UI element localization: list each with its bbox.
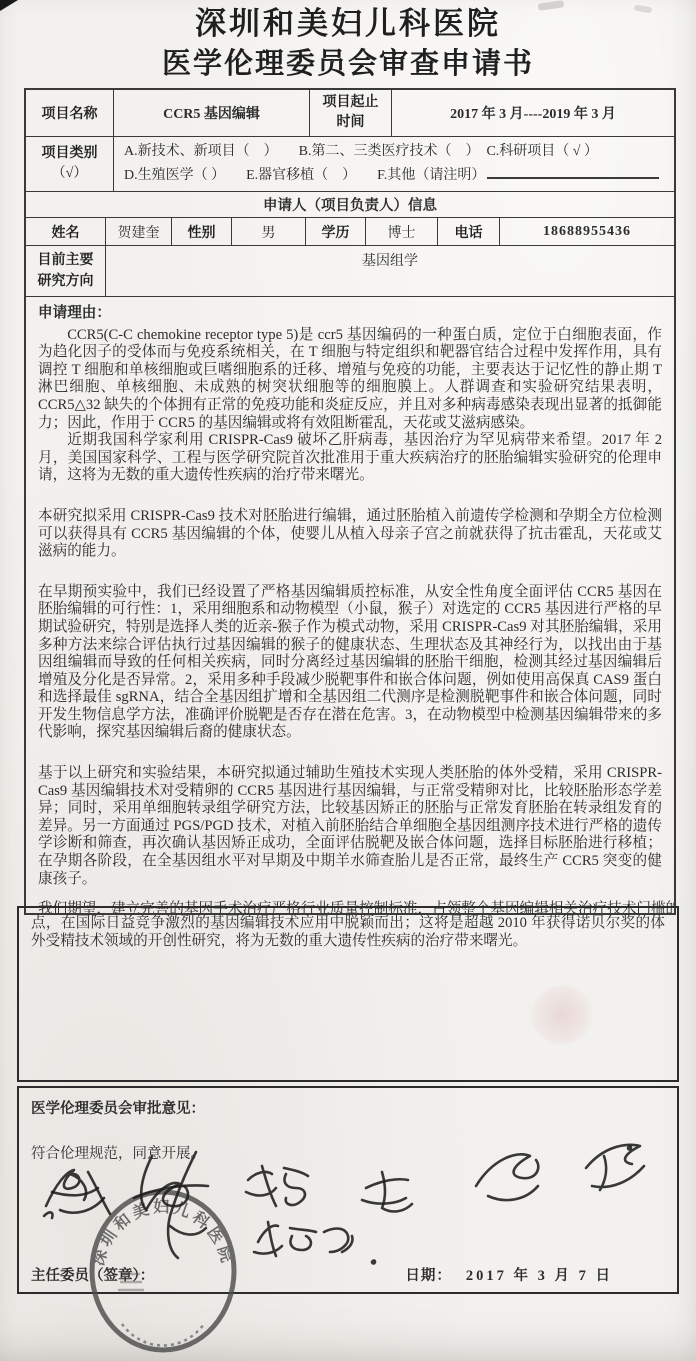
research-direction-label: 目前主要 研究方向 xyxy=(26,246,106,296)
application-table: 项目名称 CCR5 基因编辑 项目起止 时间 2017 年 3 月----201… xyxy=(24,88,676,915)
project-period-label: 项目起止 时间 xyxy=(310,90,392,136)
reason-paragraph-4: 在早期预实验中，我们已经设置了严格基因编辑质控标准，从安全性角度全面评估 CCR… xyxy=(38,584,662,742)
svg-text:深圳和美妇儿科医院: 深圳和美妇儿科医院 xyxy=(89,1197,238,1268)
phone-value: 18688955436 xyxy=(500,218,674,245)
category-options-line1: A.新技术、新项目（ ） B.第二、三类医疗技术（ ） C.科研项目（ √ ） xyxy=(124,140,598,164)
continuation-text: 点，在国际日益竞争激烈的基因编辑技术应用中脱颖而出；这将是超越 2010 年获得… xyxy=(31,914,665,950)
research-direction-row: 目前主要 研究方向 基因组学 xyxy=(26,245,674,296)
category-checkmark: （√） xyxy=(52,164,88,184)
stamp-ring-text: 深圳和美妇儿科医院 xyxy=(89,1197,238,1268)
research-direction-value: 基因组学 xyxy=(106,246,674,296)
project-name-value: CCR5 基因编辑 xyxy=(114,90,310,136)
applicant-info-row: 姓名 贺建奎 性别 男 学历 博士 电话 18688955436 xyxy=(26,217,674,245)
reason-paragraph-1: CCR5(C-C chemokine receptor type 5)是 ccr… xyxy=(38,327,662,433)
scanned-application-form: 深圳和美妇儿科医院 医学伦理委员会审查申请书 项目名称 CCR5 基因编辑 项目… xyxy=(0,0,696,1361)
date-value: 2017 年 3 月 7 日 xyxy=(466,1268,613,1284)
applicant-section-row: 申请人（项目负责人）信息 xyxy=(26,191,674,217)
reason-label: 申请理由： xyxy=(38,305,662,323)
reason-row: 申请理由： CCR5(C-C chemokine receptor type 5… xyxy=(26,296,674,913)
hospital-seal-stamp: 深圳和美妇儿科医院 xyxy=(84,1186,242,1356)
category-row: 项目类别 （√） A.新技术、新项目（ ） B.第二、三类医疗技术（ ） C.科… xyxy=(26,136,674,191)
project-row: 项目名称 CCR5 基因编辑 项目起止 时间 2017 年 3 月----201… xyxy=(26,90,674,136)
degree-value: 博士 xyxy=(366,218,438,245)
reason-paragraph-2: 近期我国科学家利用 CRISPR-Cas9 破坏乙肝病毒，基因治疗为罕见病带来希… xyxy=(38,432,662,485)
approval-date: 日期：2017 年 3 月 7 日 xyxy=(405,1264,613,1285)
category-options-line2: D.生殖医学（ ） E.器官移植（ ） F.其他（请注明） xyxy=(124,164,659,188)
category-options: A.新技术、新项目（ ） B.第二、三类医疗技术（ ） C.科研项目（ √ ） … xyxy=(114,137,674,191)
document-header: 深圳和美妇儿科医院 医学伦理委员会审查申请书 xyxy=(0,4,696,84)
name-value: 贺建奎 xyxy=(106,218,172,245)
approval-section-label: 医学伦理委员会审批意见： xyxy=(31,1097,665,1118)
hospital-name: 深圳和美妇儿科医院 xyxy=(0,4,696,44)
reason-paragraph-3: 本研究拟采用 CRISPR-Cas9 技术对胚胎进行编辑，通过胚胎植入前遗传学检… xyxy=(38,508,662,561)
category-label: 项目类别 （√） xyxy=(26,137,114,191)
date-label: 日期： xyxy=(405,1268,452,1284)
approval-opinion: 符合伦理规范，同意开展。 xyxy=(31,1142,665,1163)
project-period-value: 2017 年 3 月----2019 年 3 月 xyxy=(392,90,674,136)
continuation-box: 点，在国际日益竞争激烈的基因编辑技术应用中脱颖而出；这将是超越 2010 年获得… xyxy=(17,906,679,1082)
project-name-label: 项目名称 xyxy=(26,90,114,136)
phone-label: 电话 xyxy=(438,218,500,245)
fill-in-blank-line xyxy=(487,165,659,179)
reason-paragraph-5: 基于以上研究和实验结果，本研究拟通过辅助生殖技术实现人类胚胎的体外受精，采用 C… xyxy=(38,765,662,888)
stamp-center-marks xyxy=(118,1274,144,1290)
gender-value: 男 xyxy=(232,218,306,245)
application-reason: 申请理由： CCR5(C-C chemokine receptor type 5… xyxy=(26,297,674,913)
applicant-section-title: 申请人（项目负责人）信息 xyxy=(26,192,674,217)
gender-label: 性别 xyxy=(172,218,232,245)
form-title: 医学伦理委员会审查申请书 xyxy=(0,44,696,84)
degree-label: 学历 xyxy=(306,218,366,245)
name-label: 姓名 xyxy=(26,218,106,245)
